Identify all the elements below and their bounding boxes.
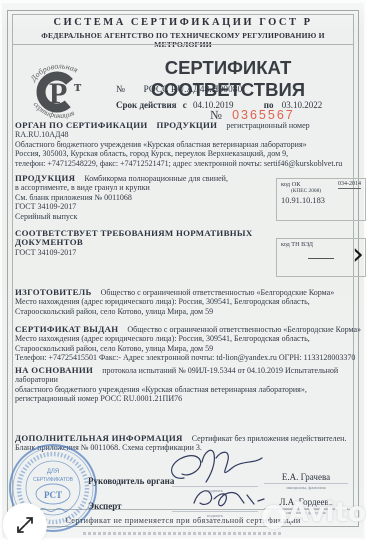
text-line: Старооскольский район, село Котово, улиц… (15, 344, 361, 353)
section-issued: СЕРТИФИКАТ ВЫДАН Общество с ограниченной… (15, 325, 361, 363)
product-label: ПРОДУКЦИЯ (15, 173, 75, 183)
conformity-label: СООТВЕТСТВУЕТ ТРЕБОВАНИЯМ НОРМАТИВНЫХ ДО… (15, 229, 263, 248)
text-line: См. бланк приложения № 0011068 (15, 193, 270, 202)
header-divider (12, 44, 354, 45)
basis-label: НА ОСНОВАНИИ (15, 365, 93, 375)
text-line: регистрационный номер РОСС RU.0001.21ПИ7… (15, 394, 361, 403)
text-line: в ассортименте, в виде гранул и крупки (15, 183, 270, 192)
issued-label: СЕРТИФИКАТ ВЫДАН (15, 324, 118, 334)
stamp-rst-mark: РСТ (44, 490, 62, 500)
section-manufacturer: ИЗГОТОВИТЕЛЬ Общество с ограниченной отв… (15, 288, 361, 316)
fullscreen-expand-icon (15, 515, 35, 535)
agency-line: ФЕДЕРАЛЬНОЕ АГЕНТСТВО ПО ТЕХНИЧЕСКОМУ РЕ… (16, 31, 350, 49)
section-heading: СЕРТИФИКАТ ВЫДАН Общество с ограниченной… (15, 325, 361, 334)
tnved-label: код ТН ВЭД (281, 241, 313, 248)
section-organ: ОРГАН ПО СЕРТИФИКАЦИИ ПРОДУКЦИИ регистра… (15, 121, 361, 168)
print-microtext (83, 532, 283, 535)
certificate-photo: СИСТЕМА СЕРТИФИКАЦИИ ГОСТ Р ФЕДЕРАЛЬНОЕ … (0, 0, 366, 540)
additional-intro: Сертификат без приложения недействителен… (192, 434, 347, 443)
text-line: Серийный выпуск (15, 212, 270, 221)
signature-line-head (172, 486, 258, 487)
text-line: Место нахождения (адрес юридического лиц… (15, 334, 361, 343)
logo-letter-t: т (74, 79, 82, 95)
name-line-head (264, 483, 348, 484)
tnved-dash (308, 258, 334, 259)
section-heading: ИЗГОТОВИТЕЛЬ Общество с ограниченной отв… (15, 288, 361, 297)
next-image-arrow[interactable]: › (352, 240, 364, 270)
logo-letter-r: Р (49, 77, 67, 110)
organ-label: ОРГАН ПО СЕРТИФИКАЦИИ (15, 120, 148, 130)
ok-code-standard: 034-2014 (338, 181, 361, 189)
validity-label: Срок действия (116, 100, 177, 110)
ok-code-value: 10.91.10.183 (281, 196, 361, 205)
role-head-of-body: Руководитель органа (88, 476, 174, 486)
stamp-line1: ДЛЯ (47, 469, 59, 475)
certification-system-line: СИСТЕМА СЕРТИФИКАЦИИ ГОСТ Р (20, 17, 346, 28)
section-heading: ОРГАН ПО СЕРТИФИКАЦИИ ПРОДУКЦИИ регистра… (15, 121, 361, 140)
section-product: ПРОДУКЦИЯ Комбикорма полнорационные для … (15, 174, 270, 221)
product-intro: Комбикорма полнорационные для свиней, (84, 174, 228, 183)
ok-code-box: 034-2014 код ОК (КПЕС 2008) 10.91.10.183 (276, 178, 366, 221)
watermark-text: Avito (288, 497, 366, 528)
name-head-of-body: Е.А. Грачева (264, 472, 348, 482)
caption-name1: инициалы, фамилия (264, 485, 348, 490)
certificate-number: РОСС RU.АД48.Н00080 (143, 85, 242, 95)
section-basis: НА ОСНОВАНИИ протокола испытаний № 09ИЛ-… (15, 366, 361, 404)
text-line: ГОСТ 34109-2017 (15, 248, 270, 257)
section-heading: ПРОДУКЦИЯ Комбикорма полнорационные для … (15, 174, 270, 183)
validity-from-label: с (183, 100, 187, 110)
text-line: Старооскольский район, село Котово, улиц… (15, 307, 361, 316)
caption-sign1: подпись (172, 488, 258, 493)
manufacturer-label: ИЗГОТОВИТЕЛЬ (15, 287, 92, 297)
text-line: Россия, 305003, Курская область, город К… (15, 149, 361, 158)
text-line: Место нахождения (адрес юридического лиц… (15, 297, 361, 306)
text-line: Областного бюджетного учреждения «Курска… (15, 140, 361, 149)
ok-code-label: код ОК (281, 181, 301, 188)
text-line: областного бюджетного учреждения «Курска… (15, 385, 361, 394)
role-expert: Эксперт (88, 501, 122, 511)
signature-head (166, 448, 266, 488)
stamp-line2: СЕРТИФИКАТОВ (33, 477, 74, 483)
issued-intro: Общество с ограниченной ответственностью… (127, 325, 361, 334)
text-line: телефон: +74712548229, факс: +7471252147… (15, 159, 361, 168)
signature-line-expert (172, 511, 258, 512)
blank-number-digits: 0365567 (232, 108, 295, 122)
text-line: Телефон: +74725415501 Факс:- Адрес элект… (15, 353, 361, 362)
section-conformity: СООТВЕТСТВУЕТ ТРЕБОВАНИЯМ НОРМАТИВНЫХ ДО… (15, 229, 270, 257)
organ-label2: ПРОДУКЦИИ (157, 120, 218, 130)
rst-logo: Добровольная сертификация Р т (22, 55, 98, 129)
text-line: ГОСТ 34109-2017 (15, 202, 270, 211)
section-heading: НА ОСНОВАНИИ протокола испытаний № 09ИЛ-… (15, 366, 361, 385)
certificate-number-row: № РОСС RU.АД48.Н00080 (116, 85, 242, 95)
number-sign: № (116, 85, 125, 95)
fullscreen-button[interactable] (3, 503, 47, 540)
manufacturer-intro: Общество с ограниченной ответственностью… (101, 288, 335, 297)
watermark-logo-icon (262, 505, 286, 529)
